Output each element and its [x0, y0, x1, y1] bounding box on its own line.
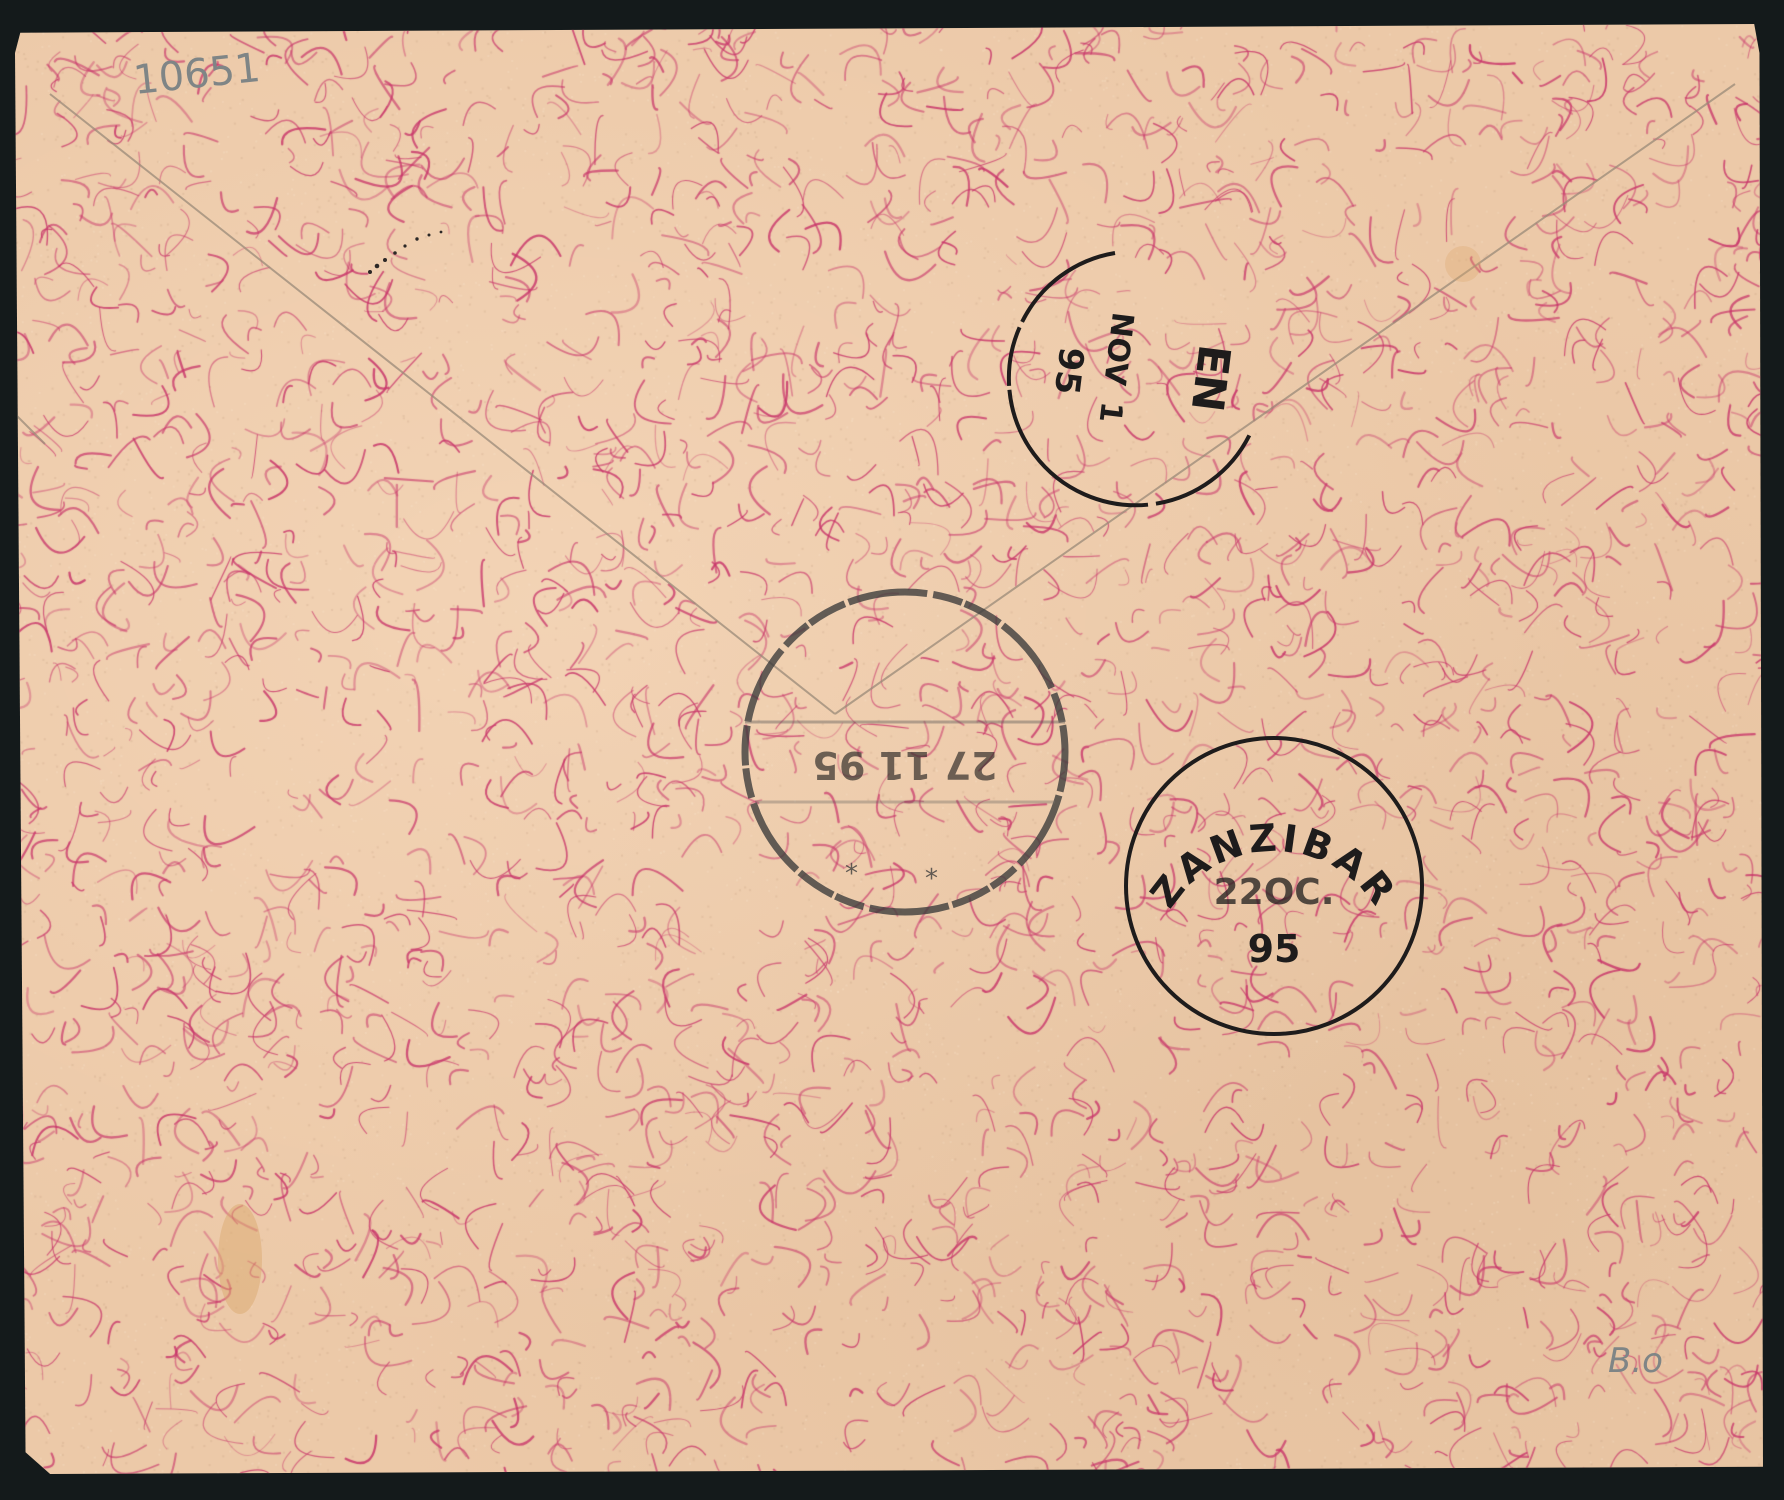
postmark-aden: EN NOV 1 95: [1009, 253, 1250, 505]
pencil-corner-mark: B.o: [1608, 1341, 1663, 1381]
aden-month: NOV: [1096, 310, 1140, 388]
smudged-date: 27 11 95: [812, 743, 997, 787]
aden-town: EN: [1181, 342, 1240, 415]
aden-day: 1: [1092, 400, 1129, 425]
svg-text:*: *: [845, 859, 858, 889]
ink-speckles: [368, 231, 442, 274]
flap-creases: [15, 84, 1735, 714]
stain: [218, 1204, 262, 1314]
envelope-markings: EN NOV 1 95 27 11 95 * * ZANZIBAR: [15, 24, 1770, 1474]
postmark-zanzibar: ZANZIBAR 22OC. 95: [1126, 738, 1422, 1034]
zanzibar-date: 22OC.: [1214, 872, 1335, 913]
zanzibar-year: 95: [1248, 927, 1301, 971]
svg-text:*: *: [925, 864, 938, 894]
pencil-reference-number: 10651: [131, 45, 262, 104]
stain: [1445, 246, 1481, 282]
envelope-back: EN NOV 1 95 27 11 95 * * ZANZIBAR: [15, 24, 1770, 1474]
aden-year: 95: [1046, 345, 1091, 397]
postmark-smudged: 27 11 95 * *: [745, 592, 1065, 912]
